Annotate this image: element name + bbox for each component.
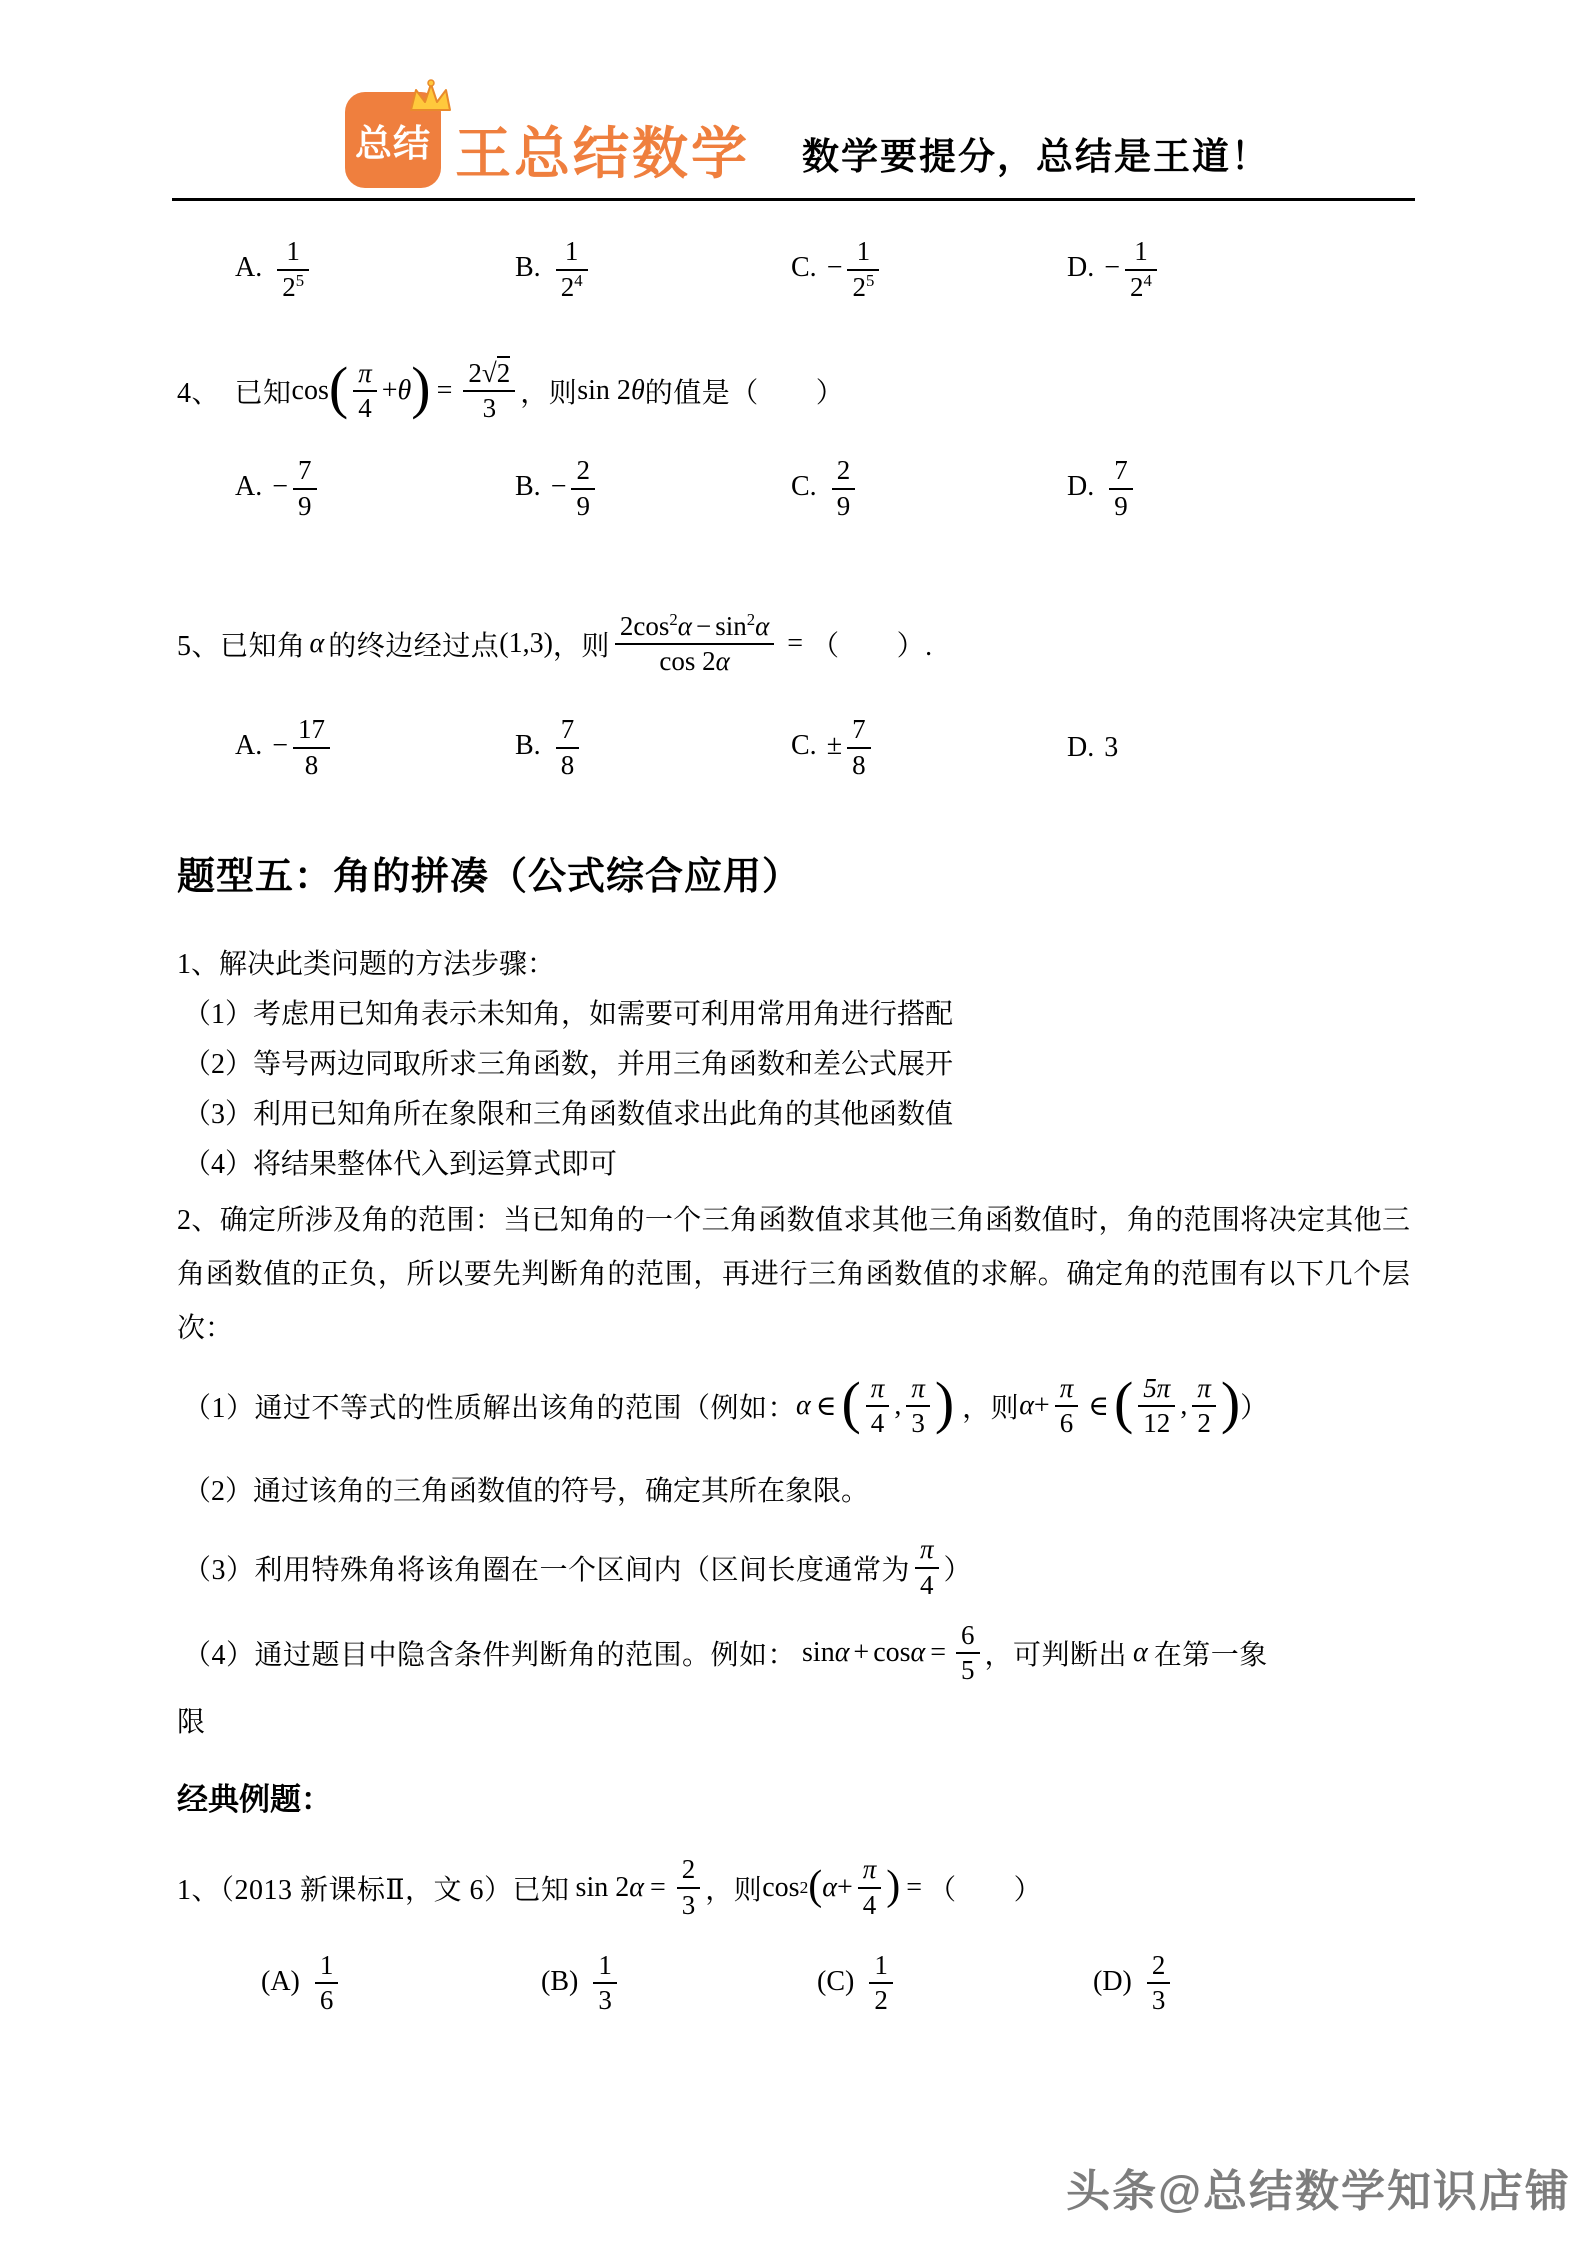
worksheet-content: A.125 B.124 C.−125 D.−124 4、 已知cos(π4+θ)… bbox=[177, 235, 1410, 2018]
fraction: π2 bbox=[1192, 1372, 1216, 1442]
option-q4-b: B.−29 bbox=[515, 454, 791, 524]
logo-badge-text: 总结 bbox=[355, 113, 431, 167]
fraction: 13 bbox=[593, 1949, 617, 2019]
fraction: 125 bbox=[847, 235, 879, 305]
range-level-4: （4）通过题目中隐含条件判断角的范围。例如：sinα+cosα=65，可判断出α… bbox=[177, 1619, 1410, 1689]
method-step-4: （4）将结果整体代入到运算式即可 bbox=[177, 1140, 1410, 1190]
fraction: π4 bbox=[866, 1372, 890, 1442]
option-q5-d: D.3 bbox=[1067, 732, 1410, 764]
method-step-2: （2）等号两边同取所求三角函数，并用三角函数和差公式展开 bbox=[177, 1040, 1410, 1090]
classic-examples-heading: 经典例题： bbox=[177, 1774, 1410, 1819]
worksheet-page: 总结 王总结数学 数学要提分，总结是王道！ A.125 B.124 C.−125… bbox=[0, 0, 1587, 2245]
fraction: 29 bbox=[832, 454, 856, 524]
fraction: 78 bbox=[847, 713, 871, 783]
fraction: π4 bbox=[858, 1853, 882, 1923]
fraction: 23 bbox=[677, 1853, 701, 1923]
fraction: 124 bbox=[556, 235, 588, 305]
header-divider bbox=[172, 198, 1415, 201]
option-q3-b: B.124 bbox=[515, 235, 791, 305]
option-ex1-b: (B)13 bbox=[541, 1949, 817, 2019]
option-q3-d: D.−124 bbox=[1067, 235, 1410, 305]
option-q5-c: C.±78 bbox=[791, 713, 1067, 783]
range-level-1: （1）通过不等式的性质解出该角的范围（例如：α∈(π4,π3)，则α+π6∈(5… bbox=[177, 1372, 1410, 1442]
range-level-3: （3）利用特殊角将该角圈在一个区间内（区间长度通常为π4） bbox=[177, 1533, 1410, 1603]
fraction: π4 bbox=[915, 1533, 939, 1603]
option-q5-b: B.78 bbox=[515, 713, 791, 783]
fraction: 2cos2α−sin2αcos 2α bbox=[615, 610, 774, 680]
logo-badge: 总结 bbox=[345, 92, 441, 188]
option-q3-c: C.−125 bbox=[791, 235, 1067, 305]
fraction: π4 bbox=[353, 357, 377, 427]
fraction: 79 bbox=[293, 454, 317, 524]
fraction: 16 bbox=[315, 1949, 339, 2019]
header: 总结 王总结数学 数学要提分，总结是王道！ bbox=[0, 0, 1587, 201]
fraction: 124 bbox=[1125, 235, 1157, 305]
option-ex1-a: (A)16 bbox=[261, 1949, 541, 2019]
fraction: 125 bbox=[277, 235, 309, 305]
method-step-1: （1）考虑用已知角表示未知角，如需要可利用常用角进行搭配 bbox=[177, 990, 1410, 1040]
fraction: 5π12 bbox=[1138, 1372, 1175, 1442]
method-step-3: （3）利用已知角所在象限和三角函数值求出此角的其他函数值 bbox=[177, 1090, 1410, 1140]
section-title: 题型五：角的拼凑（公式综合应用） bbox=[177, 845, 1410, 900]
logo-row: 总结 王总结数学 数学要提分，总结是王道！ bbox=[345, 92, 1587, 188]
fraction: π3 bbox=[906, 1372, 930, 1442]
fraction: 79 bbox=[1109, 454, 1133, 524]
option-q5-a: A.−178 bbox=[235, 713, 515, 783]
radical-sign: √ bbox=[482, 358, 497, 388]
fraction: 78 bbox=[556, 713, 580, 783]
method-intro: 1、解决此类问题的方法步骤： bbox=[177, 940, 1410, 990]
question-5: 5、已知角α的终边经过点(1,3)，则2cos2α−sin2αcos 2α=（ … bbox=[177, 610, 1410, 680]
options-row-q4: A.−79 B.−29 C.29 D.79 bbox=[177, 454, 1410, 524]
options-row-example-1: (A)16 (B)13 (C)12 (D)23 bbox=[177, 1949, 1410, 2019]
option-q4-a: A.−79 bbox=[235, 454, 515, 524]
fraction: π6 bbox=[1055, 1372, 1079, 1442]
fraction: 65 bbox=[956, 1619, 980, 1689]
crown-icon bbox=[405, 78, 453, 118]
option-ex1-c: (C)12 bbox=[817, 1949, 1093, 2019]
fraction: 23 bbox=[1147, 1949, 1171, 2019]
options-row-q3: A.125 B.124 C.−125 D.−124 bbox=[177, 235, 1410, 305]
fraction: 178 bbox=[293, 713, 330, 783]
option-q4-d: D.79 bbox=[1067, 454, 1410, 524]
watermark-text: 头条@总结数学知识店铺 bbox=[1066, 2155, 1571, 2219]
option-q3-a: A.125 bbox=[235, 235, 515, 305]
fraction: 29 bbox=[571, 454, 595, 524]
range-paragraph: 2、确定所涉及角的范围：当已知角的一个三角函数值求其他三角函数值时，角的范围将决… bbox=[177, 1194, 1410, 1356]
fraction: 2√23 bbox=[463, 357, 515, 427]
slogan-text: 数学要提分，总结是王道！ bbox=[802, 139, 1270, 188]
brand-title: 王总结数学 bbox=[455, 126, 750, 188]
option-ex1-d: (D)23 bbox=[1093, 1949, 1410, 2019]
example-1: 1、（2013 新课标Ⅱ，文 6）已知sin 2α=23，则cos2(α+π4)… bbox=[177, 1853, 1410, 1923]
question-4: 4、 已知cos(π4+θ)=2√23，则sin 2θ的值是（ ） bbox=[177, 357, 1410, 427]
range-level-4-cont: 限 bbox=[177, 1698, 1410, 1748]
fraction: 12 bbox=[869, 1949, 893, 2019]
options-row-q5: A.−178 B.78 C.±78 D.3 bbox=[177, 713, 1410, 783]
option-q4-c: C.29 bbox=[791, 454, 1067, 524]
range-level-2: （2）通过该角的三角函数值的符号，确定其所在象限。 bbox=[177, 1467, 1410, 1517]
